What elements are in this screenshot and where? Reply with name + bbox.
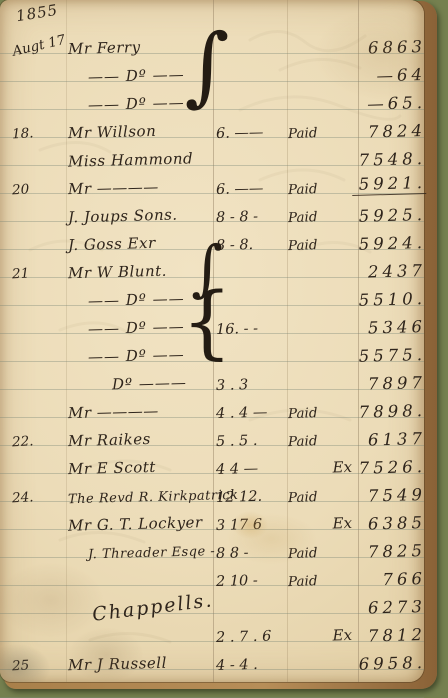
ledger-row: 2 . 7 . 6 Ex 7812: [0, 614, 424, 642]
ledger-row: J. Goss Exr 8 - 8. Paid 5924.: [0, 222, 424, 250]
ledger-row: —— Dº —— 16. - - 5346: [0, 306, 424, 334]
ledger-rows: Augt 17 Mr Ferry 6863 —— Dº —— —64 —— Dº…: [0, 26, 424, 698]
ledger-number-cell: 5921.: [352, 173, 427, 196]
ledger-row: 25 Mr J Russell 4 - 4 . 6958.: [0, 642, 424, 670]
ledger-row: 20 Mr ———— 6. —— Paid 5921.: [0, 166, 424, 194]
ledger-row: Augt 17 Mr Ferry 6863: [0, 26, 424, 54]
ledger-row: 22. Mr Raikes 5 . 5 . Paid 6137: [0, 418, 424, 446]
ledger-row: 24. The Revd R. Kirkpatrick 12 12. Paid …: [0, 474, 424, 502]
ledger-row: Mr E Scott 4 4 — Ex 7526.: [0, 446, 424, 474]
ledger-row: —— Dº —— 5510.: [0, 278, 424, 306]
ledger-row: [0, 670, 424, 698]
year-label: 1855: [15, 1, 59, 25]
ledger-row: —— Dº —— 5575.: [0, 334, 424, 362]
ledger-row: Mr G. T. Lockyer 3 17 6 Ex 6385: [0, 502, 424, 530]
ledger-row: Chappells. 6273: [0, 586, 424, 614]
ledger-row: —— Dº —— —64: [0, 54, 424, 82]
ledger-row: 18. Mr Willson 6. —— Paid 7824: [0, 110, 424, 138]
scanned-ledger-photo: { "colors": { "background": "#75804f", "…: [0, 0, 448, 698]
ledger-row: —— Dº —— —65.: [0, 82, 424, 110]
ledger-row: Dº ——— 3 . 3 7897: [0, 362, 424, 390]
ledger-page: 1855 Augt 17 Mr Ferry 6863 —— Dº —— —64 …: [0, 0, 424, 682]
ledger-row: Miss Hammond 7548.: [0, 138, 424, 166]
ledger-row: Mr ———— 4 . 4 — Paid 7898.: [0, 390, 424, 418]
ledger-row: J. Threader Esqe - 8 8 - Paid 7825: [0, 530, 424, 558]
ledger-row: 21 Mr W Blunt. 2437: [0, 250, 424, 278]
ledger-row: J. Joups Sons. 8 - 8 - Paid 5925.: [0, 194, 424, 222]
ledger-row: 2 10 - Paid 766: [0, 558, 424, 586]
